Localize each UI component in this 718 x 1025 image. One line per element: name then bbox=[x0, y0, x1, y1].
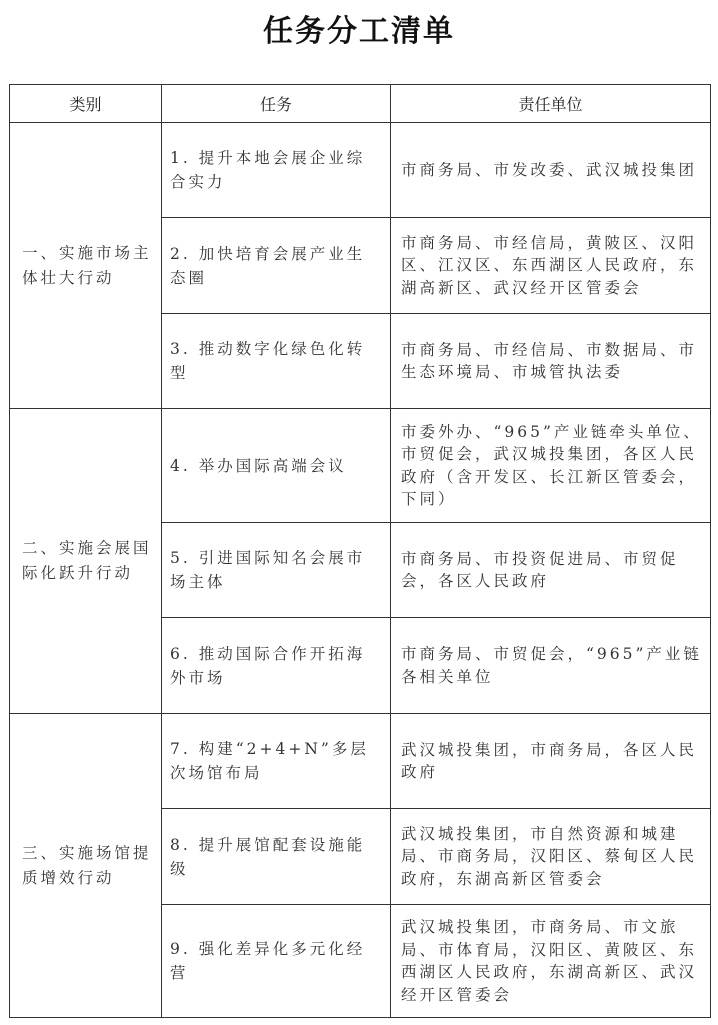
category-cell: 三、实施场馆提质增效行动 bbox=[10, 714, 162, 1018]
task-cell: 2. 加快培育会展产业生态圈 bbox=[162, 218, 391, 314]
category-cell: 一、实施市场主体壮大行动 bbox=[10, 123, 162, 409]
task-cell: 1. 提升本地会展企业综合实力 bbox=[162, 123, 391, 218]
responsible-units-cell: 武汉城投集团，市商务局，各区人民政府 bbox=[391, 714, 711, 809]
responsible-units-cell: 市委外办、“965”产业链牵头单位、市贸促会，武汉城投集团，各区人民政府（含开发… bbox=[391, 409, 711, 523]
header-responsible-units: 责任单位 bbox=[391, 85, 711, 123]
responsible-units-cell: 市商务局、市经信局，黄陂区、汉阳区、江汉区、东西湖区人民政府，东湖高新区、武汉经… bbox=[391, 218, 711, 314]
task-cell: 3. 推动数字化绿色化转型 bbox=[162, 314, 391, 409]
responsible-units-cell: 市商务局、市经信局、市数据局、市生态环境局、市城管执法委 bbox=[391, 314, 711, 409]
task-cell: 8. 提升展馆配套设施能级 bbox=[162, 809, 391, 905]
task-cell: 9. 强化差异化多元化经营 bbox=[162, 905, 391, 1018]
responsible-units-cell: 武汉城投集团，市商务局、市文旅局、市体育局，汉阳区、黄陂区、东西湖区人民政府，东… bbox=[391, 905, 711, 1018]
category-cell: 二、实施会展国际化跃升行动 bbox=[10, 409, 162, 714]
responsible-units-cell: 市商务局、市发改委、武汉城投集团 bbox=[391, 123, 711, 218]
table-row: 二、实施会展国际化跃升行动 4. 举办国际高端会议 市委外办、“965”产业链牵… bbox=[10, 409, 711, 523]
responsible-units-cell: 武汉城投集团，市自然资源和城建局、市商务局，汉阳区、蔡甸区人民政府，东湖高新区管… bbox=[391, 809, 711, 905]
page-title: 任务分工清单 bbox=[0, 6, 718, 50]
responsible-units-cell: 市商务局、市贸促会，“965”产业链各相关单位 bbox=[391, 618, 711, 714]
task-cell: 5. 引进国际知名会展市场主体 bbox=[162, 523, 391, 618]
header-task: 任务 bbox=[162, 85, 391, 123]
task-division-table: 类别 任务 责任单位 一、实施市场主体壮大行动 1. 提升本地会展企业综合实力 … bbox=[9, 84, 711, 1018]
task-cell: 7. 构建“2+4+N”多层次场馆布局 bbox=[162, 714, 391, 809]
task-cell: 6. 推动国际合作开拓海外市场 bbox=[162, 618, 391, 714]
table-row: 一、实施市场主体壮大行动 1. 提升本地会展企业综合实力 市商务局、市发改委、武… bbox=[10, 123, 711, 218]
header-category: 类别 bbox=[10, 85, 162, 123]
table-row: 三、实施场馆提质增效行动 7. 构建“2+4+N”多层次场馆布局 武汉城投集团，… bbox=[10, 714, 711, 809]
task-cell: 4. 举办国际高端会议 bbox=[162, 409, 391, 523]
table-header-row: 类别 任务 责任单位 bbox=[10, 85, 711, 123]
responsible-units-cell: 市商务局、市投资促进局、市贸促会，各区人民政府 bbox=[391, 523, 711, 618]
